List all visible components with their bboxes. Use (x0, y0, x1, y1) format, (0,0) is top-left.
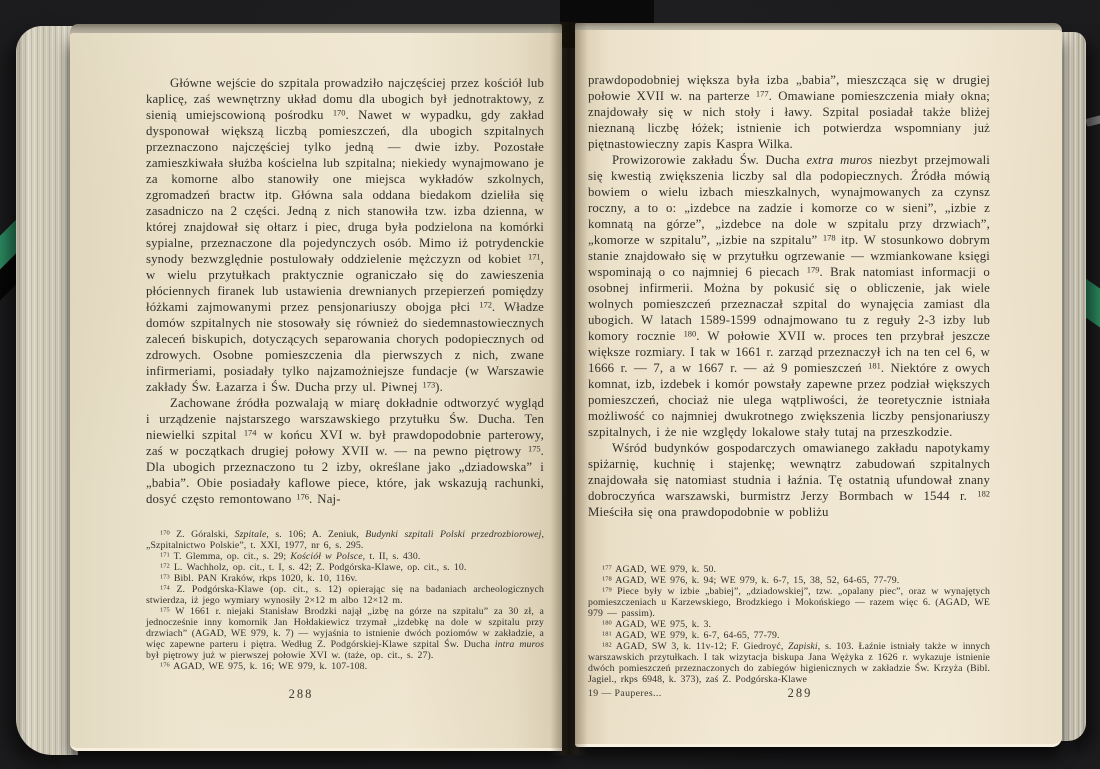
right-page-body: prawdopodobniej większa była izba „babia… (588, 72, 990, 520)
footnote: 171 T. Glemma, op. cit., s. 29; Kościół … (146, 551, 544, 562)
footnote: 175 W 1661 r. niejaki Stanisław Brodzki … (146, 606, 544, 661)
footnote-reference: 181 (602, 630, 612, 637)
left-page-footnotes: 170 Z. Góralski, Szpitale, s. 106; A. Ze… (146, 529, 544, 672)
signature-mark: 19 — Pauperes... (588, 688, 662, 699)
footnote-reference: 179 (807, 264, 820, 274)
footnote: 172 L. Wachholz, op. cit., t. I, s. 42; … (146, 562, 544, 573)
footnote: 182 AGAD, SW 3, k. 11v-12; F. Giedroyć, … (588, 641, 990, 685)
page-number-289: 289 (745, 686, 855, 701)
footnote: 177 AGAD, WE 979, k. 50. (588, 564, 990, 575)
footnote-reference: 173 (423, 379, 436, 389)
body-paragraph: prawdopodobniej większa była izba „babia… (588, 72, 990, 152)
right-page-fore-edge (1060, 32, 1086, 741)
footnote: 181 AGAD, WE 979, k. 6-7, 64-65, 77-79. (588, 630, 990, 641)
footnote-reference: 170 (160, 529, 170, 536)
footnote-reference: 171 (528, 251, 541, 261)
footnote: 174 Z. Podgórska-Klawe (op. cit., s. 12)… (146, 584, 544, 606)
footnote-reference: 177 (602, 564, 612, 571)
footnote-reference: 173 (160, 573, 170, 580)
footnote-reference: 172 (479, 299, 492, 309)
footnote-reference: 176 (160, 661, 170, 668)
body-paragraph: Zachowane źródła pozwalają w miarę dokła… (146, 395, 544, 507)
footnote-reference: 175 (160, 606, 170, 613)
footnote-reference: 172 (160, 562, 170, 569)
footnote: 180 AGAD, WE 975, k. 3. (588, 619, 990, 630)
page-288: Główne wejście do szpitala prowadziło na… (70, 33, 562, 751)
footnote-reference: 178 (823, 232, 836, 242)
body-paragraph: Prowizorowie zakładu Św. Ducha extra mur… (588, 152, 990, 440)
footnote-reference: 181 (868, 360, 881, 370)
footnote: 179 Piece były w izbie „babiej”, „dziado… (588, 586, 990, 619)
footnote-reference: 180 (684, 328, 697, 338)
body-paragraph: Wśród budynków gospodarczych omawianego … (588, 440, 990, 520)
footnote: 176 AGAD, WE 975, k. 16; WE 979, k. 107-… (146, 661, 544, 672)
footnote: 170 Z. Góralski, Szpitale, s. 106; A. Ze… (146, 529, 544, 551)
footnote-reference: 175 (528, 443, 541, 453)
footnote-reference: 170 (333, 107, 346, 117)
footnote-reference: 174 (160, 584, 170, 591)
footnote-reference: 182 (602, 641, 612, 648)
left-page-fore-edge (16, 26, 78, 755)
page-number-288: 288 (246, 687, 356, 702)
footnote-reference: 177 (756, 88, 769, 98)
footnote: 178 AGAD, WE 976, k. 94; WE 979, k. 6-7,… (588, 575, 990, 586)
footnote-reference: 179 (602, 586, 612, 593)
footnote-reference: 171 (160, 551, 170, 558)
photo-background: Główne wejście do szpitala prowadziło na… (0, 0, 1100, 769)
footnote-reference: 178 (602, 575, 612, 582)
right-page-footnotes: 177 AGAD, WE 979, k. 50.178 AGAD, WE 976… (588, 564, 990, 685)
footnote-reference: 174 (244, 427, 257, 437)
page-289: prawdopodobniej większa była izba „babia… (575, 30, 1062, 747)
footnote-reference: 176 (296, 491, 309, 501)
background-mark (1085, 115, 1100, 127)
body-paragraph: Główne wejście do szpitala prowadziło na… (146, 75, 544, 395)
footnote-reference: 180 (602, 619, 612, 626)
footnote-reference: 182 (977, 488, 990, 498)
footnote: 173 Bibl. PAN Kraków, rkps 1020, k. 10, … (146, 573, 544, 584)
left-page-body: Główne wejście do szpitala prowadziło na… (146, 75, 544, 507)
